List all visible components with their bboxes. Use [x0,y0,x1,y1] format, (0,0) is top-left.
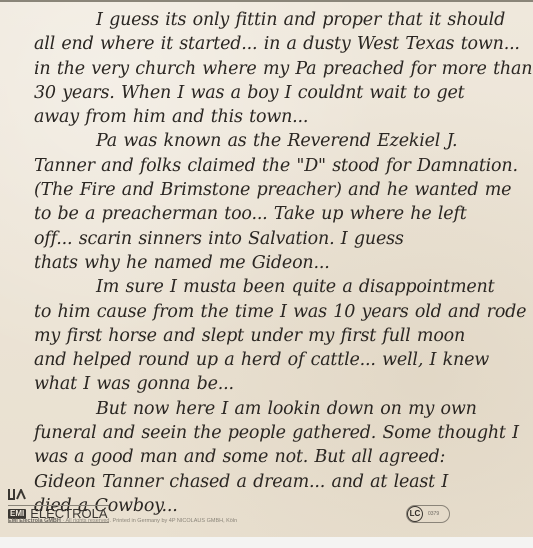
top-edge [0,0,38,2]
text-line: off... scarin sinners into Salvation. I … [34,227,494,251]
label-code-badge: LC 0379 [406,505,450,523]
company-name: EMI Electrola GMBH [8,518,61,524]
text-line: thats why he named me Gideon... [34,251,494,275]
text-line: to him cause from the time I was 10 year… [34,300,494,324]
text-line: funeral and seein the people gathered. S… [34,421,494,445]
text-line: Pa was known as the Reverend Ezekiel J. [34,129,494,153]
text-line: in the very church where my Pa preached … [34,57,494,81]
text-line: was a good man and some not. But all agr… [34,445,494,469]
text-line: all end where it started... in a dusty W… [34,32,494,56]
text-line: Tanner and folks claimed the "D" stood f… [34,154,494,178]
text-line: (The Fire and Brimstone preacher) and he… [34,178,494,202]
united-artists-logo-icon [8,489,109,501]
label-code-number: 0379 [428,511,439,517]
rights-text: · All rights reserved. Printed in German… [61,518,237,524]
lc-logo-icon: LC [407,506,423,522]
text-line: I guess its only fittin and proper that … [34,8,494,32]
text-line: what I was gonna be... [34,372,494,396]
text-line: Im sure I musta been quite a disappointm… [34,275,494,299]
text-line: away from him and this town... [34,105,494,129]
text-line: to be a preacherman too... Take up where… [34,202,494,226]
copyright-notice: EMI Electrola GMBH · All rights reserved… [8,518,237,524]
text-line: and helped round up a herd of cattle... … [34,348,494,372]
album-sleeve: I guess its only fittin and proper that … [0,0,533,537]
text-line: 30 years. When I was a boy I couldnt wai… [34,81,494,105]
text-line: my first horse and slept under my first … [34,324,494,348]
handwritten-liner-notes: I guess its only fittin and proper that … [34,8,494,518]
text-line: But now here I am lookin down on my own [34,397,494,421]
